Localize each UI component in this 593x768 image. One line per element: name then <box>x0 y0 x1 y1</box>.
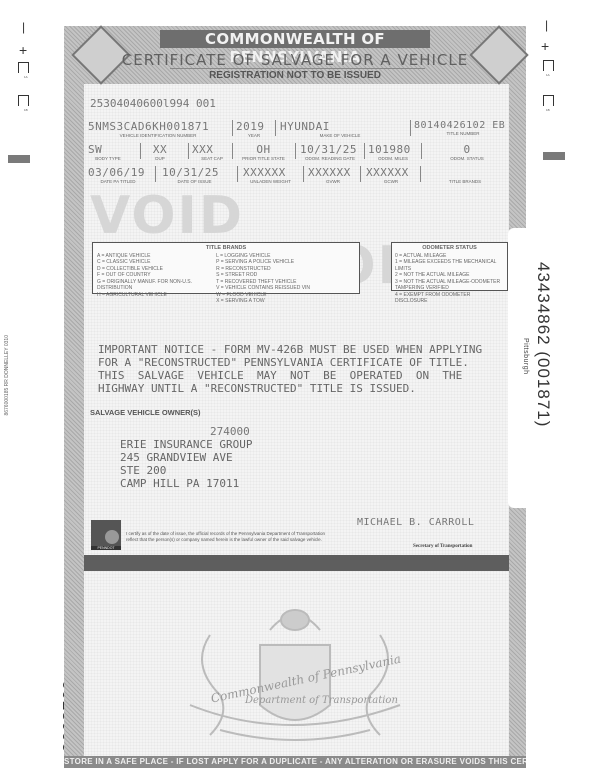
odometer-status-legend: ODOMETER STATUS 0 = ACTUAL MILEAGE 1 = M… <box>391 242 508 291</box>
void-watermark: VOID <box>90 186 244 246</box>
crosshair-icon: + <box>541 38 549 54</box>
divider <box>360 166 361 182</box>
dark-band <box>84 555 509 571</box>
legend-item: H = AGRICULTURAL VEHICLE <box>97 292 216 299</box>
unladen-weight-label: UNLADEN WEIGHT <box>243 179 298 184</box>
legend-item: X = SERVING A TOW <box>216 298 355 305</box>
scan-mark-label: 1B <box>546 108 550 112</box>
year-value: 2019 <box>236 120 272 133</box>
legend-column-right: L = LOGGING VEHICLE P = SERVING A POLICE… <box>216 253 355 305</box>
legend-heading: ODOMETER STATUS <box>392 245 507 252</box>
odom-date-field: 10/31/25 ODOM. READING DATE <box>300 143 360 161</box>
date-pa-titled-label: DATE PA TITLED <box>88 179 148 184</box>
odom-status-value: 0 <box>426 143 508 156</box>
odom-miles-field: 101980 ODOM. MILES <box>368 143 418 161</box>
dup-field: XX DUP <box>145 143 175 161</box>
gcwr-label: GCWR <box>366 179 416 184</box>
crosshair-icon: + <box>19 42 27 58</box>
odom-miles-label: ODOM. MILES <box>368 156 418 161</box>
odom-date-label: ODOM. READING DATE <box>300 156 360 161</box>
registration-bracket-icon <box>543 60 554 71</box>
scan-mark-label: 1B <box>24 108 28 112</box>
year-field: 2019 YEAR <box>236 120 272 138</box>
tracking-number: 43434862 (001871) <box>533 262 553 427</box>
gray-calibration-strip <box>543 152 565 160</box>
logo-circle-icon <box>105 530 119 544</box>
divider <box>420 166 421 182</box>
title-brands-value <box>425 166 505 179</box>
gray-calibration-strip <box>8 155 30 163</box>
date-pa-titled-value: 03/06/19 <box>88 166 148 179</box>
title-brands-field: TITLE BRANDS <box>425 166 505 184</box>
dup-value: XX <box>145 143 175 156</box>
title-number-field: 80140426102 EB TITLE NUMBER <box>414 120 512 136</box>
odom-date-value: 10/31/25 <box>300 143 360 156</box>
date-pa-titled-field: 03/06/19 DATE PA TITLED <box>88 166 148 184</box>
prior-title-state-field: OH PRIOR TITLE STATE <box>236 143 291 161</box>
registration-bracket-icon <box>543 95 554 106</box>
printer-margin-text: 8676000185 RR DONNELLEY 0310 <box>4 335 10 416</box>
owner-id: 274000 <box>210 425 250 438</box>
divider <box>237 166 238 182</box>
legend-item: 4 = EXEMPT FROM ODOMETER DISCLOSURE <box>395 292 504 305</box>
date-of-issue-value: 10/31/25 <box>162 166 227 179</box>
date-of-issue-label: DATE OF ISSUE <box>162 179 227 184</box>
gvwr-field: XXXXXX GVWR <box>308 166 358 184</box>
body-type-value: SW <box>88 143 128 156</box>
important-notice: IMPORTANT NOTICE - FORM MV-426B MUST BE … <box>98 343 482 395</box>
tracking-location: Pittsburgh <box>522 338 529 375</box>
body-type-label: BODY TYPE <box>88 156 128 161</box>
gcwr-field: XXXXXX GCWR <box>366 166 416 184</box>
title-brands-legend: TITLE BRANDS A = ANTIQUE VEHICLE C = CLA… <box>92 242 360 294</box>
legend-item: G = ORIGINALLY MANUF. FOR NON-U.S. DISTR… <box>97 279 216 292</box>
title-brands-label: TITLE BRANDS <box>425 179 505 184</box>
gvwr-value: XXXXXX <box>308 166 358 179</box>
make-label: MAKE OF VEHICLE <box>280 133 400 138</box>
divider <box>303 166 304 182</box>
certificate-title: CERTIFICATE OF SALVAGE FOR A VEHICLE <box>110 51 480 69</box>
seat-cap-value: XXX <box>192 143 232 156</box>
make-field: HYUNDAI MAKE OF VEHICLE <box>280 120 400 138</box>
divider <box>410 120 411 136</box>
seat-cap-label: SEAT CAP <box>192 156 232 161</box>
pennsylvania-seal-icon: Commonwealth of Pennsylvania Department … <box>150 585 440 745</box>
divider <box>364 143 365 159</box>
legend-heading: TITLE BRANDS <box>93 245 359 252</box>
scan-tick-mark: | <box>22 20 25 34</box>
divider <box>275 120 276 136</box>
prior-title-state-value: OH <box>236 143 291 156</box>
date-of-issue-field: 10/31/25 DATE OF ISSUE <box>162 166 227 184</box>
divider <box>232 143 233 159</box>
legend-item: 1 = MILEAGE EXCEEDS THE MECHANICAL LIMIT… <box>395 259 504 272</box>
divider <box>140 143 141 159</box>
penndot-logo: PENNDOT <box>91 520 121 550</box>
registration-bracket-icon <box>18 62 29 73</box>
unladen-weight-value: XXXXXX <box>243 166 298 179</box>
scan-mark-label: 1A <box>546 73 550 77</box>
signature-name: MICHAEL B. CARROLL <box>357 517 474 528</box>
state-banner: COMMONWEALTH OF PENNSYLVANIA <box>160 30 430 48</box>
divider <box>421 143 422 159</box>
divider <box>295 143 296 159</box>
body-type-field: SW BODY TYPE <box>88 143 128 161</box>
divider <box>188 143 189 159</box>
scan-tick-mark: | <box>545 18 548 32</box>
owner-address: ERIE INSURANCE GROUP 245 GRANDVIEW AVE S… <box>120 438 252 490</box>
unladen-weight-field: XXXXXX UNLADEN WEIGHT <box>243 166 298 184</box>
vin-value: 5NMS3CAD6KH001871 <box>88 120 228 133</box>
gcwr-value: XXXXXX <box>366 166 416 179</box>
legend-column-left: A = ANTIQUE VEHICLE C = CLASSIC VEHICLE … <box>97 253 216 305</box>
certification-text: I certify as of the date of issue, the o… <box>126 531 336 542</box>
odom-status-field: 0 ODOM. STATUS <box>426 143 508 161</box>
divider <box>155 166 156 182</box>
seal-dept-text: Department of Transportation <box>244 695 398 706</box>
odom-status-label: ODOM. STATUS <box>426 156 508 161</box>
footer-warning: STORE IN A SAFE PLACE - IF LOST APPLY FO… <box>64 756 526 768</box>
scan-mark-label: 1A <box>24 75 28 79</box>
vin-field: 5NMS3CAD6KH001871 VEHICLE IDENTIFICATION… <box>88 120 228 138</box>
title-rule <box>170 68 425 69</box>
logo-label: PENNDOT <box>91 546 121 550</box>
dup-label: DUP <box>145 156 175 161</box>
signature-title: Secretary of Transportation <box>413 544 472 549</box>
legend-item: 3 = NOT THE ACTUAL MILEAGE-ODOMETER TAMP… <box>395 279 504 292</box>
control-number: 25304040600l994 001 <box>90 97 216 110</box>
registration-notice: REGISTRATION NOT TO BE ISSUED <box>110 70 480 81</box>
owner-label: SALVAGE VEHICLE OWNER(S) <box>90 408 201 417</box>
title-number-label: TITLE NUMBER <box>414 131 512 136</box>
divider <box>232 120 233 136</box>
vin-label: VEHICLE IDENTIFICATION NUMBER <box>88 133 228 138</box>
prior-title-state-label: PRIOR TITLE STATE <box>236 156 291 161</box>
year-label: YEAR <box>236 133 272 138</box>
odom-miles-value: 101980 <box>368 143 418 156</box>
make-value: HYUNDAI <box>280 120 400 133</box>
title-number-value: 80140426102 EB <box>414 120 512 131</box>
registration-bracket-icon <box>18 95 29 106</box>
gvwr-label: GVWR <box>308 179 358 184</box>
seat-cap-field: XXX SEAT CAP <box>192 143 232 161</box>
